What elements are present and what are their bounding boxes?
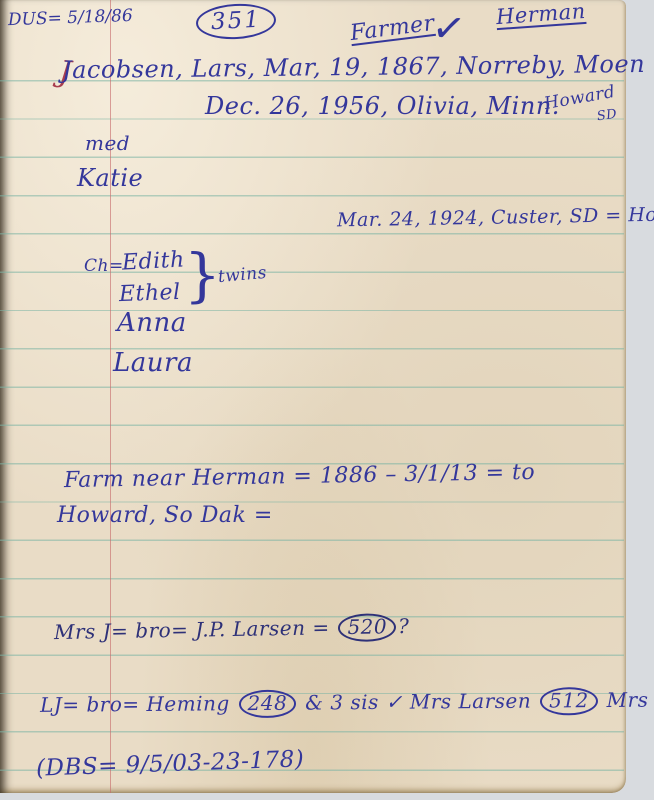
farm-note-line2: Howard, So Dak = — [57, 503, 273, 528]
death-line: Dec. 26, 1956, Olivia, Minn. — [205, 93, 560, 121]
page-number-badge: 351 — [195, 2, 277, 41]
twins-brace: } — [184, 246, 221, 304]
farm-note-line1: Farm near Herman = 1886 – 3/1/13 = to — [64, 460, 536, 494]
death-place-state: SD — [596, 108, 618, 126]
child-name-ethel: Ethel — [119, 280, 181, 307]
entry-date-stamp: DUS= 5/18/86 — [8, 7, 133, 31]
scanned-ledger-page: DUS= 5/18/86 351 Farmer ✓ Herman J Jacob… — [0, 0, 654, 800]
relative1-text: Mrs J= bro= J.P. Larsen = — [54, 615, 330, 644]
occupation-label: Farmer — [349, 11, 436, 46]
child-name-laura: Laura — [113, 349, 193, 379]
place-label: Herman — [495, 0, 586, 29]
relative2-text-2: & 3 sis ✓ Mrs Larsen — [305, 689, 531, 715]
relative1-question-mark: ? — [398, 614, 410, 638]
relative2-text-1: LJ= bro= Heming — [40, 691, 230, 717]
relative-note-1: Mrs J= bro= J.P. Larsen = 520? — [54, 613, 410, 647]
marriage-line: Mar. 24, 1924, Custer, SD = HowardSD — [337, 204, 654, 233]
occupation-note: Farmer — [349, 11, 436, 46]
reference-number-248: 248 — [239, 690, 297, 719]
reference-number-512: 512 — [540, 687, 598, 716]
relative2-text-3: Mrs Skov — [607, 687, 654, 712]
spouse-name: Katie — [77, 165, 143, 193]
source-citation-line: (DBS= 9/5/03-23-178) — [36, 746, 305, 782]
name-birth-line: Jacobsen, Lars, Mar, 19, 1867, Norreby, … — [62, 51, 645, 85]
reference-number-520: 520 — [338, 613, 396, 642]
place-heading: Herman — [495, 0, 586, 29]
child-name-edith: Edith — [121, 247, 185, 276]
relative-note-2: LJ= bro= Heming 248 & 3 sis ✓ Mrs Larsen… — [40, 686, 654, 720]
married-word: med — [85, 132, 130, 155]
twins-note: twins — [217, 264, 268, 288]
checkmark-glyph: ✓ — [429, 4, 469, 54]
child-name-anna: Anna — [117, 309, 187, 339]
red-margin-line — [110, 0, 111, 793]
children-label: Ch= — [84, 257, 124, 277]
notebook-paper: DUS= 5/18/86 351 Farmer ✓ Herman J Jacob… — [0, 0, 626, 793]
marriage-text: Mar. 24, 1924, Custer, SD = Howard — [337, 203, 654, 231]
